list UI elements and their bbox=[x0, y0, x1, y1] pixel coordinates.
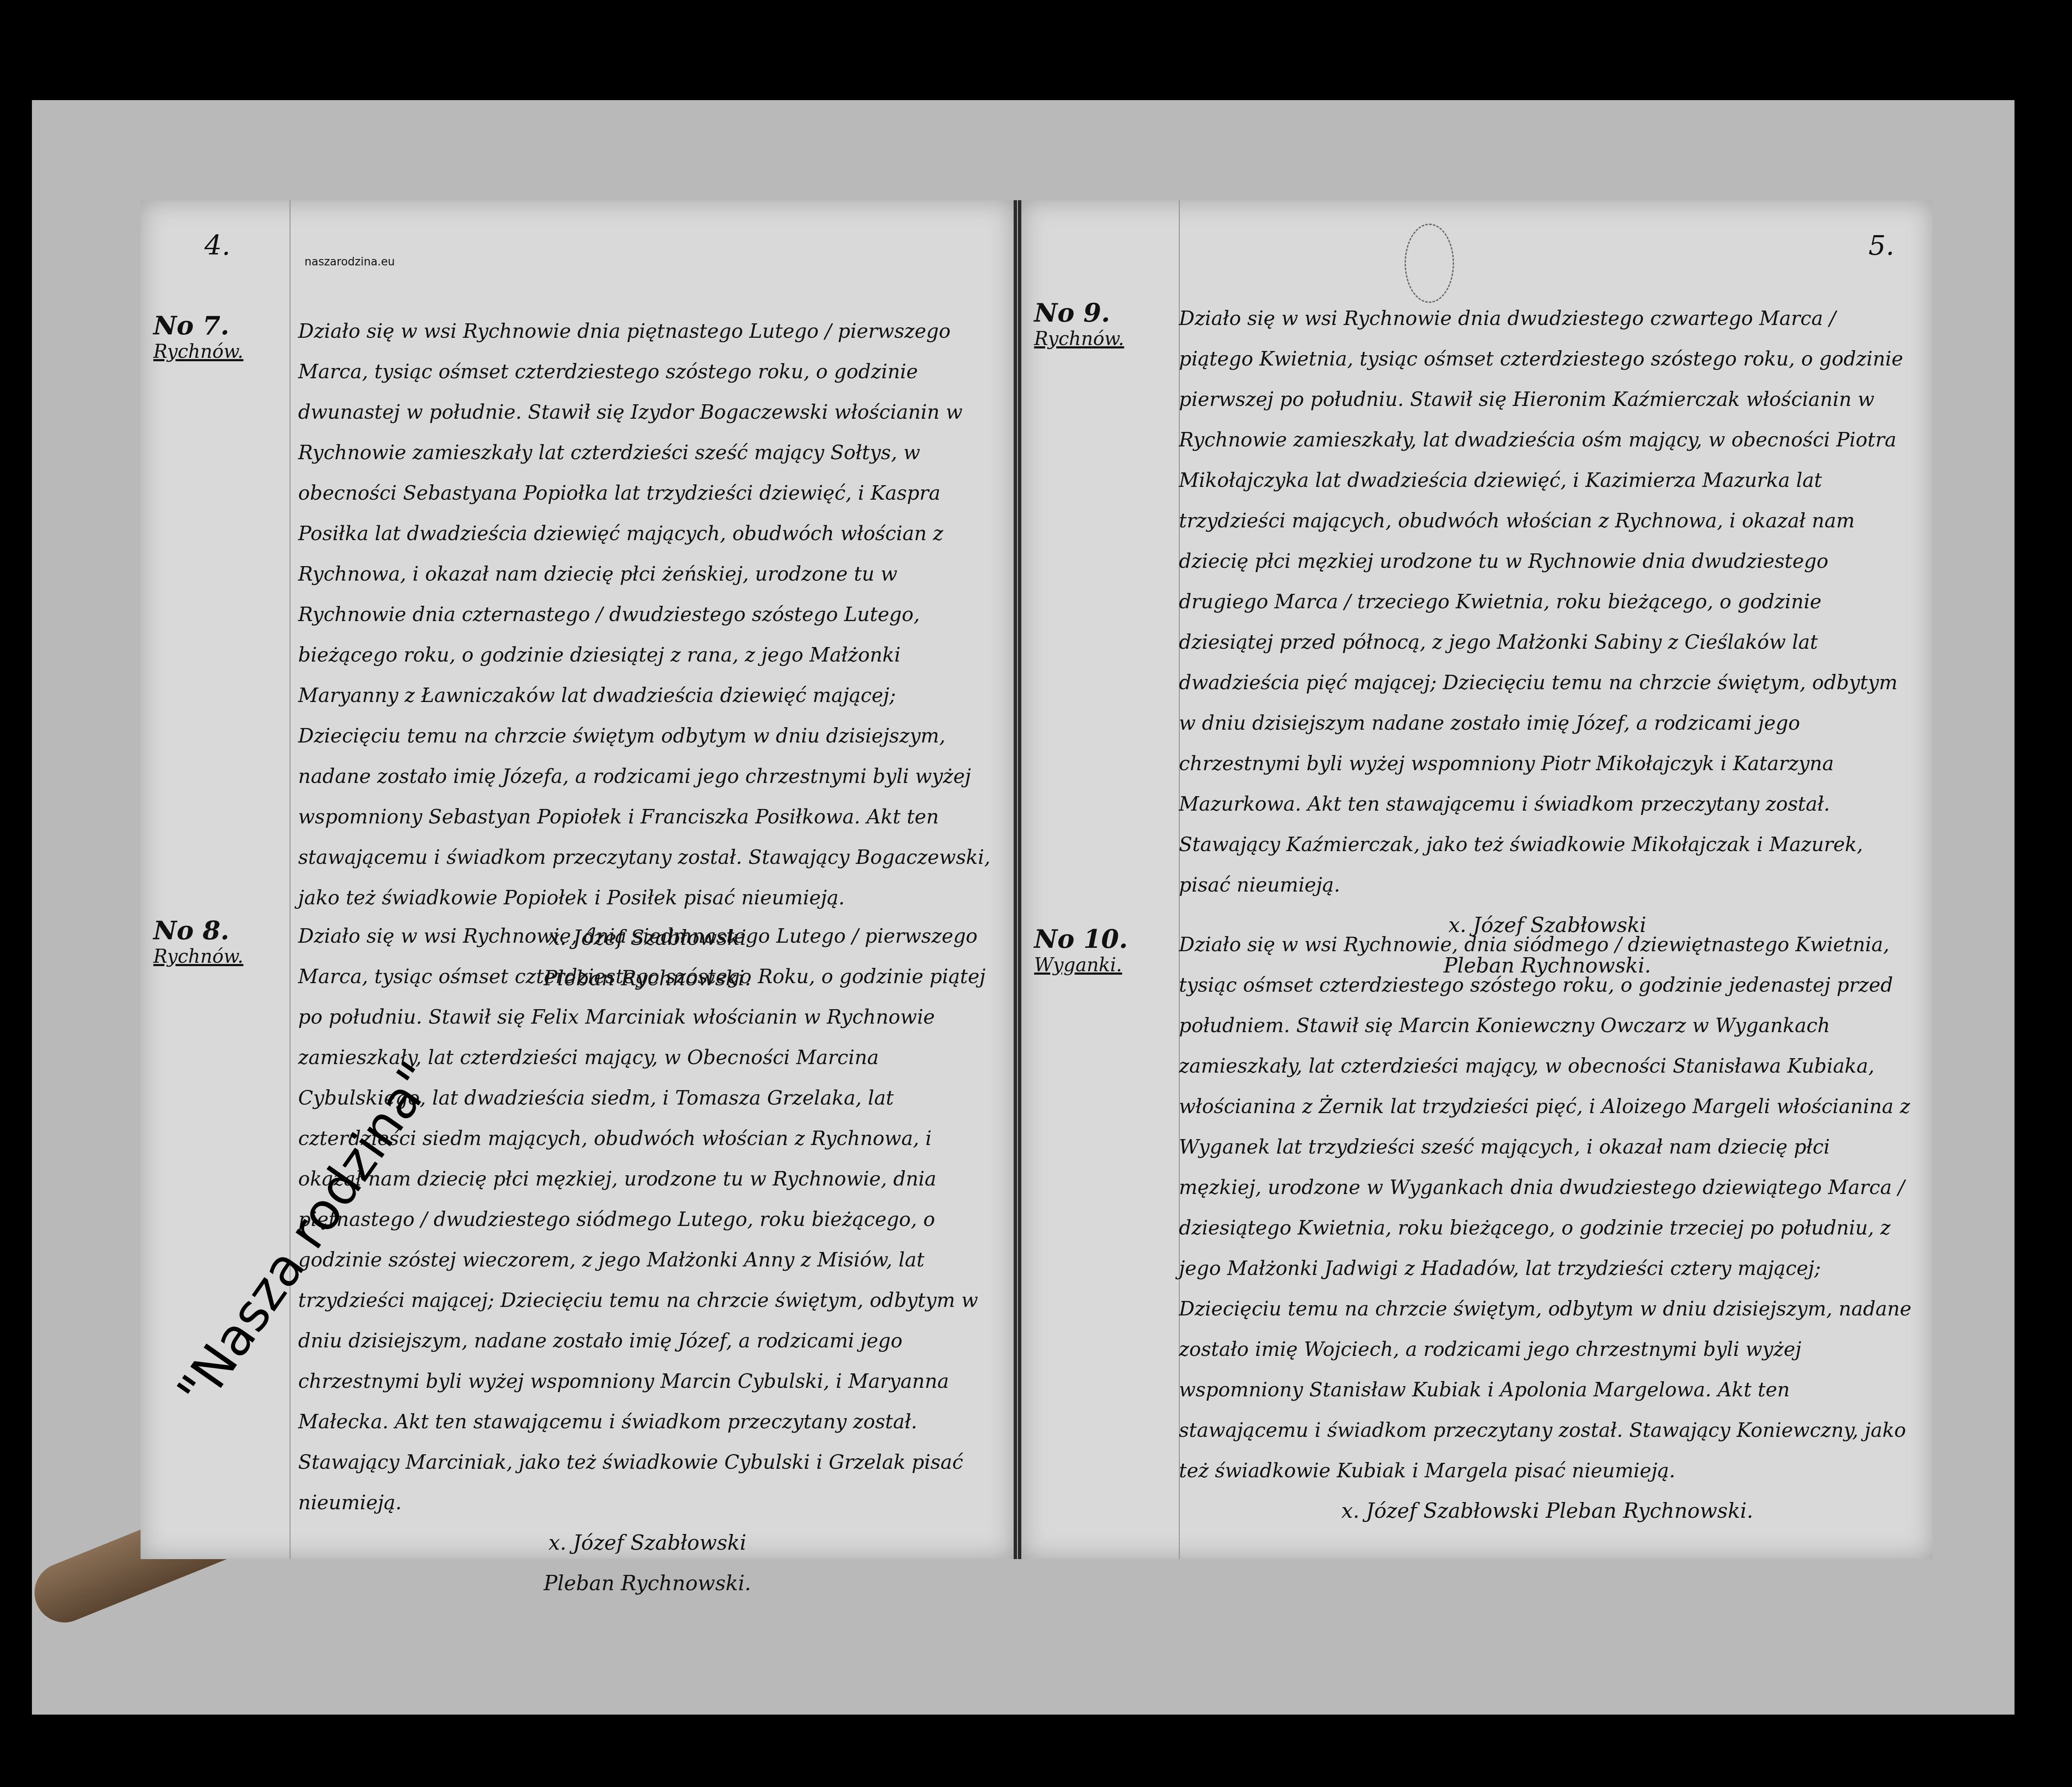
entry-text: Działo się w wsi Rychnowie dnia dwudzies… bbox=[1179, 298, 1916, 905]
page-number: 5. bbox=[1868, 230, 1894, 262]
page-number: 4. bbox=[204, 230, 230, 262]
priest-signature: x. Józef Szabłowski bbox=[298, 1523, 997, 1563]
entry-place: Rychnów. bbox=[1034, 328, 1170, 350]
open-register-book: 4. naszarodzina.eu No 7. Rychnów. Działo… bbox=[141, 200, 1929, 1559]
entry-header: No 9. Rychnów. bbox=[1034, 298, 1170, 350]
entry-number: No 10. bbox=[1034, 924, 1170, 954]
priest-title: Pleban Rychnowski. bbox=[298, 1563, 997, 1604]
entry-number: No 9. bbox=[1034, 298, 1170, 328]
entry-number: No 8. bbox=[153, 916, 290, 946]
entry-header: No 10. Wyganki. bbox=[1034, 924, 1170, 976]
entry-place: Wyganki. bbox=[1034, 954, 1170, 976]
entry-text: Działo się w wsi Rychnowie dnia piętnast… bbox=[298, 311, 997, 918]
right-page: 5. No 9. Rychnów. Działo się w wsi Rychn… bbox=[1018, 200, 1933, 1559]
entry-place: Rychnów. bbox=[153, 946, 290, 967]
register-entry-7: No 7. Rychnów. Działo się w wsi Rychnowi… bbox=[153, 311, 997, 999]
entry-text: Działo się w wsi Rychnowie, dnia siedmna… bbox=[298, 916, 997, 1523]
register-entry-10: No 10. Wyganki. Działo się w wsi Rychnow… bbox=[1034, 924, 1916, 1531]
priest-signature: x. Józef Szabłowski Pleban Rychnowski. bbox=[1179, 1491, 1916, 1531]
watermark-url: naszarodzina.eu bbox=[305, 256, 395, 268]
left-page: 4. naszarodzina.eu No 7. Rychnów. Działo… bbox=[141, 200, 1017, 1559]
entry-text: Działo się w wsi Rychnowie, dnia siódmeg… bbox=[1179, 924, 1916, 1491]
archive-stamp bbox=[1405, 224, 1454, 303]
entry-number: No 7. bbox=[153, 311, 290, 341]
entry-header: No 8. Rychnów. bbox=[153, 916, 290, 967]
entry-place: Rychnów. bbox=[153, 341, 290, 363]
entry-header: No 7. Rychnów. bbox=[153, 311, 290, 363]
register-entry-9: No 9. Rychnów. Działo się w wsi Rychnowi… bbox=[1034, 298, 1916, 986]
